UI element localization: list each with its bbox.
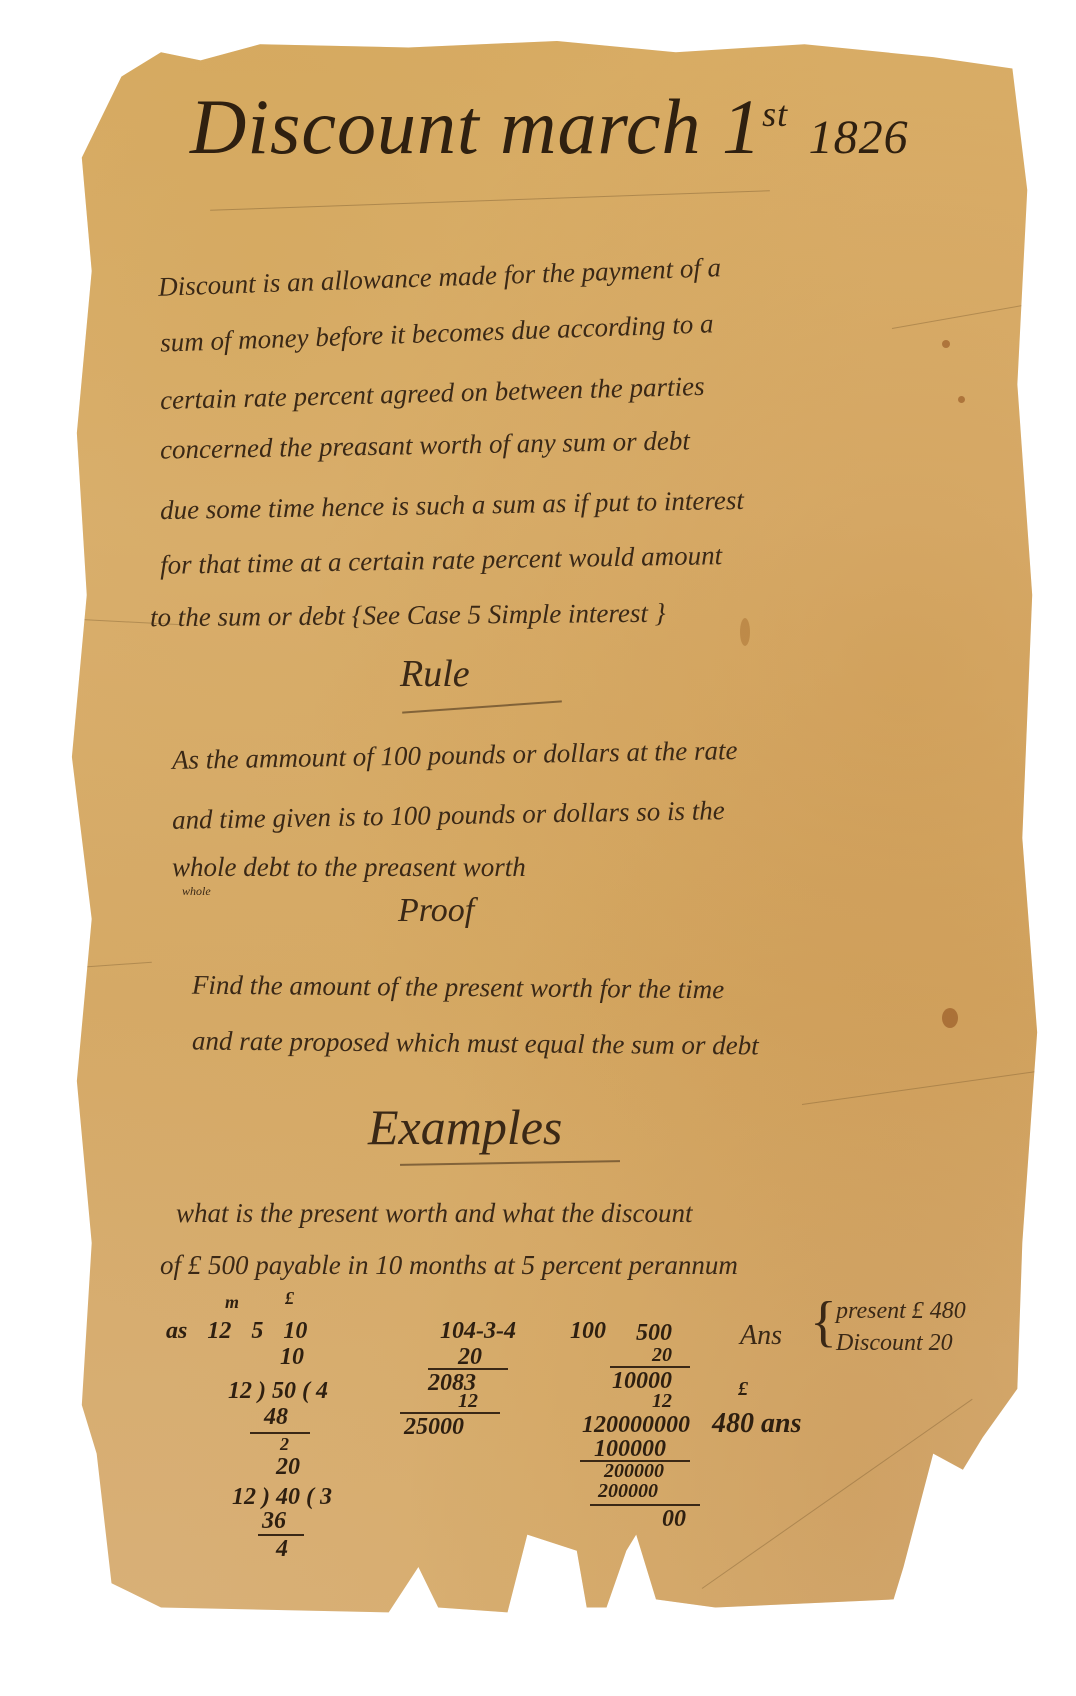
rule-line: whole debt to the preasent worth — [172, 852, 526, 883]
calc-row: as 12 5 10 — [166, 1318, 307, 1345]
rule-heading: Rule — [400, 652, 470, 696]
question-line: of £ 500 payable in 10 months at 5 perce… — [160, 1250, 738, 1281]
answer-label: Ans — [740, 1320, 782, 1352]
calc-row: 104-3-4 — [440, 1318, 516, 1345]
ink-stain — [942, 340, 950, 348]
question-line: what is the present worth and what the d… — [176, 1198, 693, 1229]
ink-stain — [942, 1008, 958, 1028]
calc-division: 12 ) 50 ( 4 — [228, 1378, 328, 1405]
calc-remainder: 4 — [276, 1536, 288, 1563]
title-year: 1826 — [809, 111, 909, 164]
calc-subtract: 36 — [262, 1508, 286, 1535]
paper-crease — [62, 962, 152, 969]
paper-crease — [892, 302, 1040, 329]
paper-crease — [802, 1068, 1060, 1105]
examples-heading: Examples — [368, 1098, 562, 1156]
answer-brace: { — [810, 1290, 837, 1354]
calc-division: 12 ) 40 ( 3 — [232, 1484, 332, 1511]
calc-currency: £ — [738, 1378, 748, 1401]
ink-stain — [740, 618, 750, 646]
calc-multiplier: 20 — [458, 1344, 482, 1371]
calc-header-pounds: £ — [285, 1288, 294, 1309]
proof-line: Find the amount of the present worth for… — [192, 970, 724, 1006]
calc-subtract: 200000 — [598, 1480, 658, 1503]
calc-header-months: m — [225, 1292, 239, 1313]
calc-subtract: 100000 — [594, 1436, 666, 1463]
calc-multiplier: 20 — [652, 1344, 672, 1367]
title-superscript: st — [762, 94, 788, 134]
document-title: Discount march 1st 1826 — [190, 82, 909, 172]
calc-remainder: 2 — [280, 1434, 289, 1455]
calc-multiplier: 12 — [458, 1390, 478, 1413]
ink-stain — [958, 396, 965, 403]
calc-division: 120000000 — [582, 1412, 690, 1439]
answer-discount: Discount 20 — [836, 1330, 953, 1357]
title-text: Discount march 1 — [190, 83, 762, 170]
calc-multiplier: 20 — [276, 1454, 300, 1481]
calc-multiplier: 12 — [652, 1390, 672, 1413]
calc-result: 25000 — [404, 1414, 464, 1441]
answer-present: present £ 480 — [836, 1298, 966, 1325]
definition-line: to the sum or debt {See Case 5 Simple in… — [150, 598, 666, 633]
proof-line: and rate proposed which must equal the s… — [192, 1026, 759, 1062]
calc-value: 100 — [570, 1318, 606, 1345]
calc-multiplier: 10 — [280, 1344, 304, 1371]
proof-heading: Proof — [398, 892, 474, 930]
calc-answer: 480 ans — [712, 1408, 801, 1440]
calc-final: 00 — [662, 1506, 686, 1533]
margin-note: whole — [182, 884, 211, 899]
calc-subtract: 48 — [264, 1404, 288, 1431]
calc-value: 500 — [636, 1320, 672, 1347]
